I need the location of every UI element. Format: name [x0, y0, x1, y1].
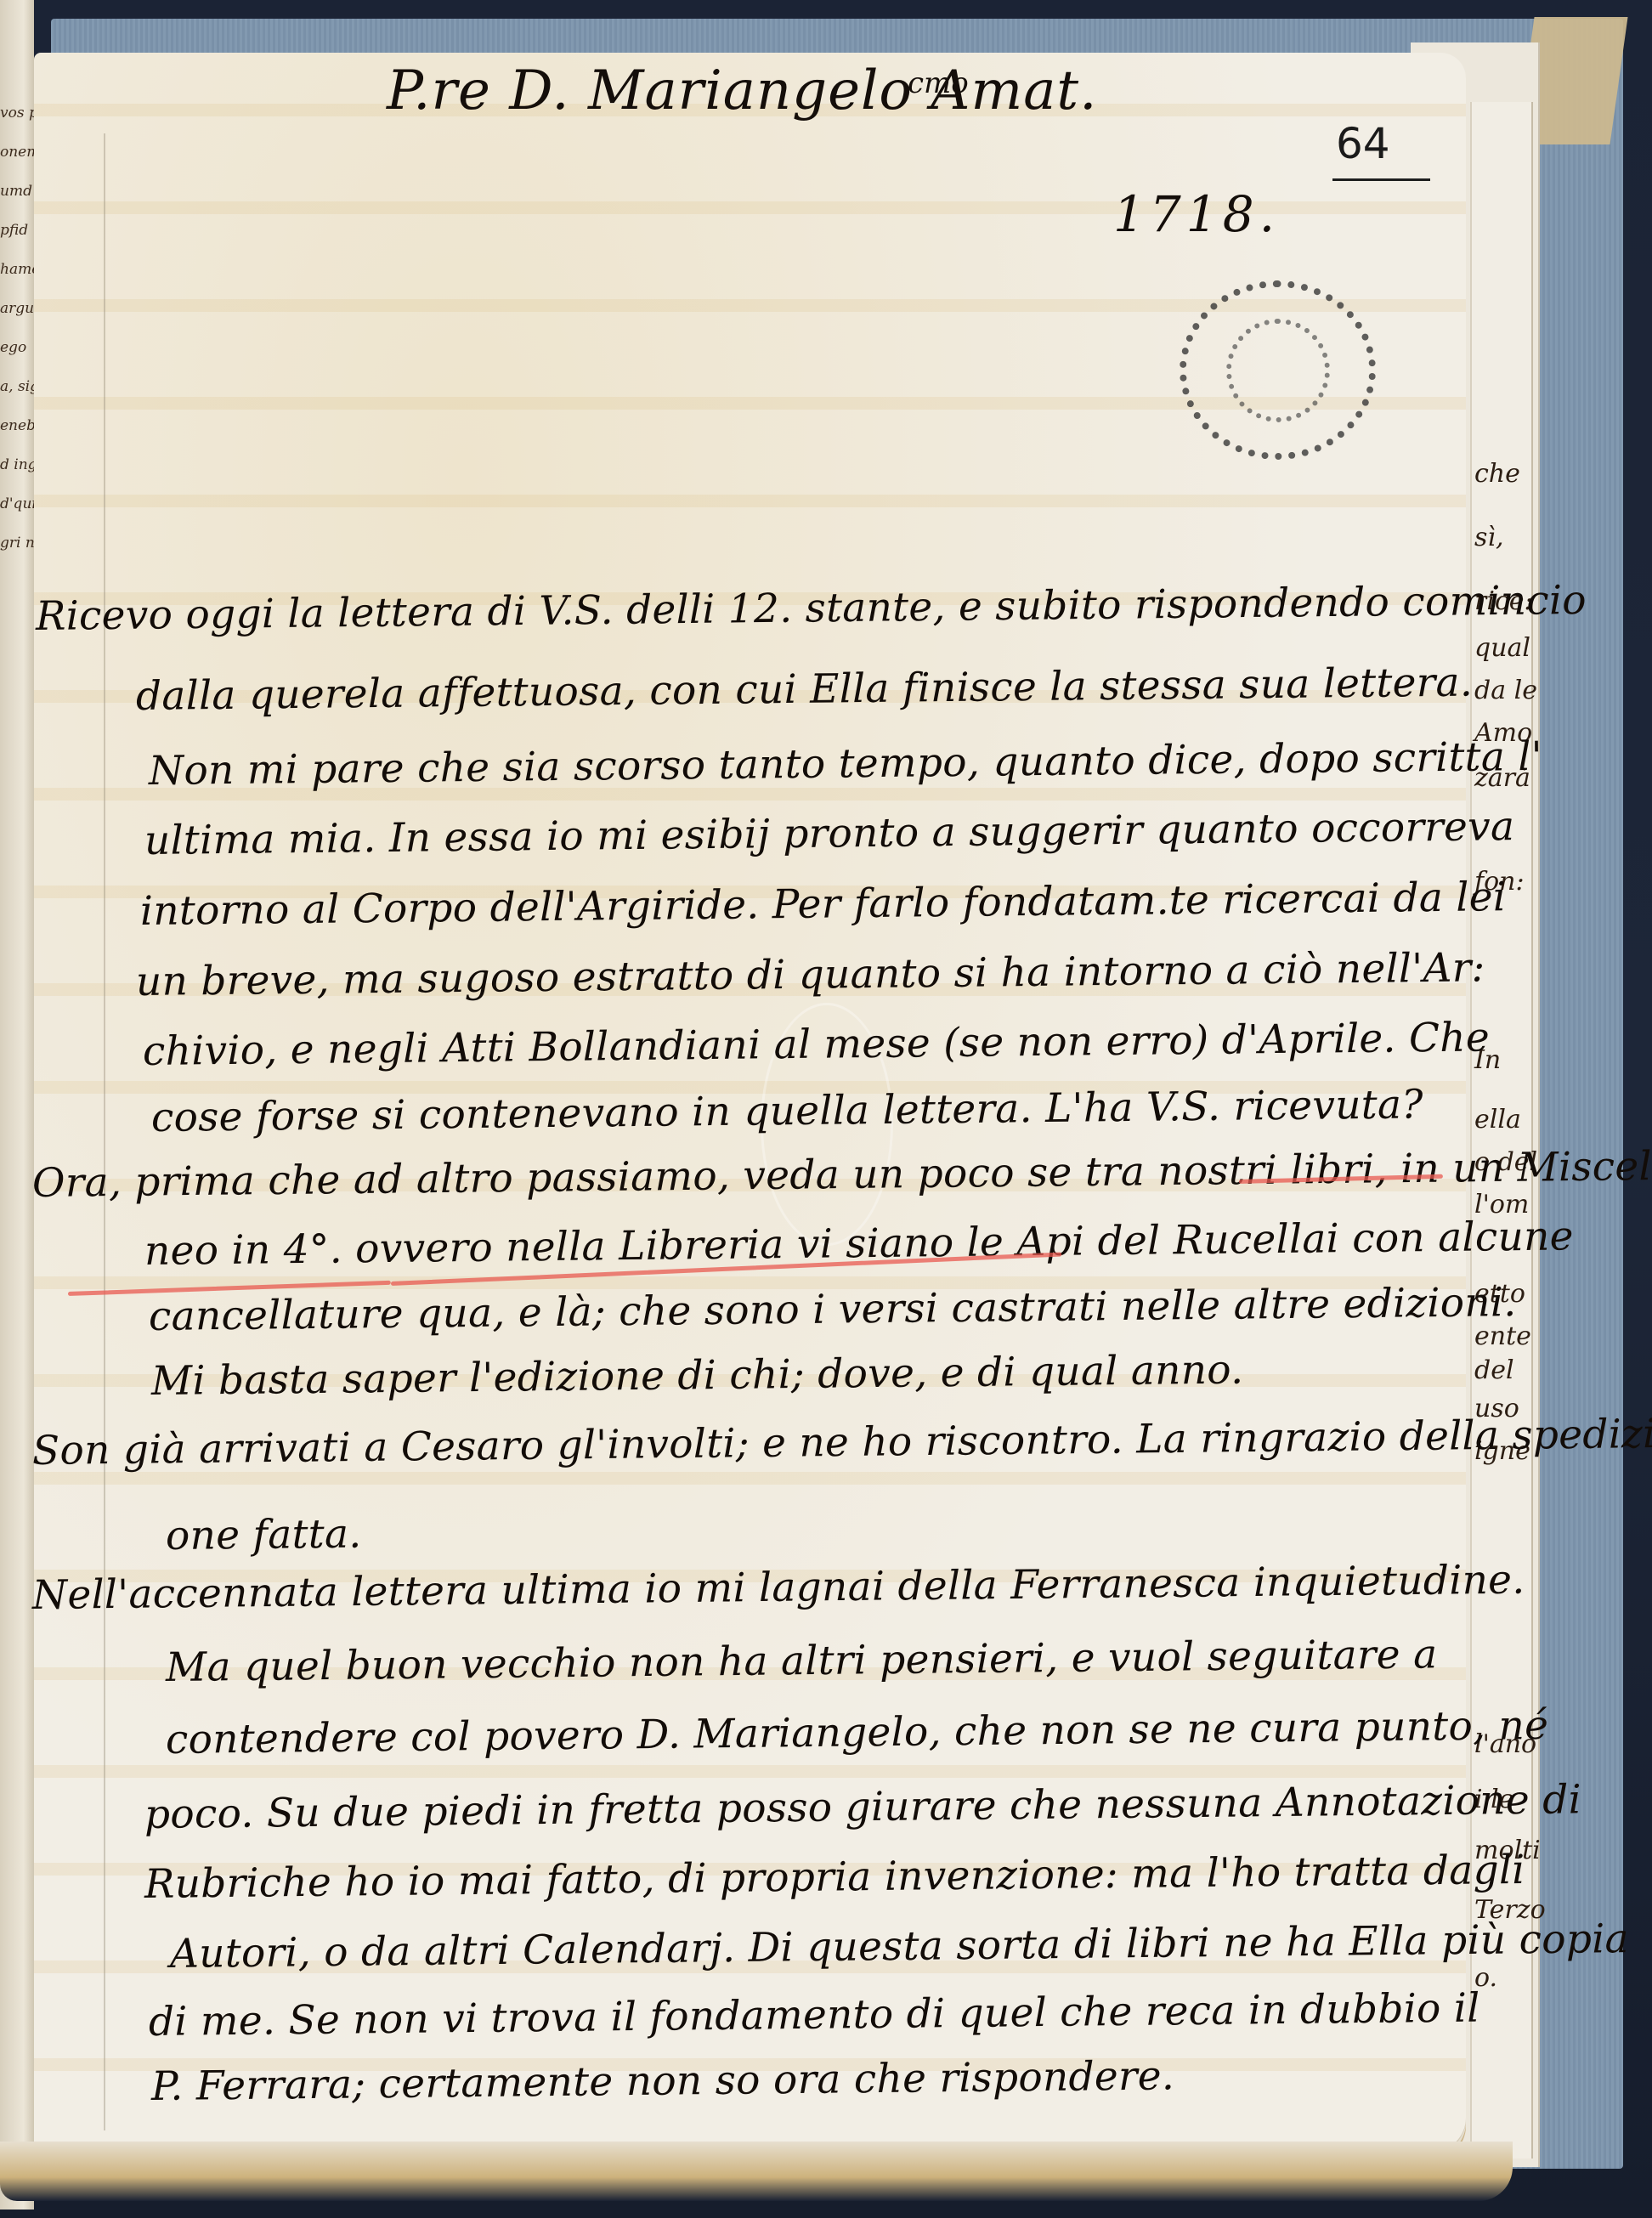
margin-fragment: Amo	[1474, 718, 1532, 748]
margin-fragment: ente	[1474, 1321, 1531, 1351]
left-page-fragment: gri no	[0, 523, 34, 563]
library-stamp-icon	[1180, 280, 1376, 460]
margin-fragment: molti	[1474, 1836, 1541, 1865]
sheet-bottom-edge	[0, 2142, 1513, 2201]
margin-fragment: da le	[1474, 676, 1537, 705]
left-page-fragment: argum	[0, 289, 34, 328]
margin-fragment: del	[1474, 1355, 1514, 1385]
margin-fragment: rice:	[1474, 586, 1533, 616]
left-page-fragment: onemen	[0, 133, 34, 172]
adjacent-left-page: vos p onemen umd n pfid hamed argum ego …	[0, 0, 34, 2210]
addressee-heading: P.re D. Mariangelo Amat.	[387, 59, 1097, 122]
margin-fragment: In	[1474, 1045, 1501, 1075]
left-page-fragment: d ing	[0, 445, 34, 484]
watermark	[761, 1003, 893, 1246]
margin-fragment: qual	[1474, 633, 1530, 663]
margin-fragment: l'om	[1474, 1190, 1529, 1219]
margin-fragment: i le	[1474, 1785, 1513, 1814]
stamp-emblem	[1226, 319, 1330, 422]
left-page-fragment: d'qui	[0, 484, 34, 523]
left-page-fragment: a, sig	[0, 367, 34, 406]
margin-fragment: o.	[1474, 1963, 1497, 1993]
margin-fragment: ella	[1474, 1105, 1521, 1134]
sheet-fold-line	[104, 133, 105, 2130]
margin-fragment: fon:	[1474, 867, 1525, 897]
left-page-fragments: vos p onemen umd n pfid hamed argum ego …	[0, 93, 34, 563]
margin-fragment: zarà	[1474, 763, 1530, 793]
left-page-fragment: vos p	[0, 93, 34, 133]
margin-fragment: sì,	[1474, 523, 1504, 552]
margin-fragment: l'ano	[1474, 1729, 1536, 1759]
folio-underline	[1332, 178, 1430, 181]
left-page-fragment: umd n	[0, 172, 34, 211]
left-page-fragment: pfid	[0, 211, 34, 250]
margin-fragment: etto	[1474, 1279, 1525, 1309]
left-page-fragment: ego	[0, 328, 34, 367]
margin-fragment: Terzo	[1474, 1895, 1546, 1925]
letter-year: 1718.	[1113, 185, 1280, 243]
folio-number: 64	[1336, 119, 1390, 168]
margin-fragment: igne	[1474, 1436, 1530, 1466]
left-page-fragment: hamed	[0, 250, 34, 289]
margin-fragment: uso	[1474, 1394, 1519, 1423]
addressee-superscript: cmo	[908, 66, 969, 100]
margin-fragment: o del	[1474, 1147, 1537, 1177]
margin-fragment: che	[1474, 459, 1520, 489]
left-page-fragment: enebri	[0, 406, 34, 445]
